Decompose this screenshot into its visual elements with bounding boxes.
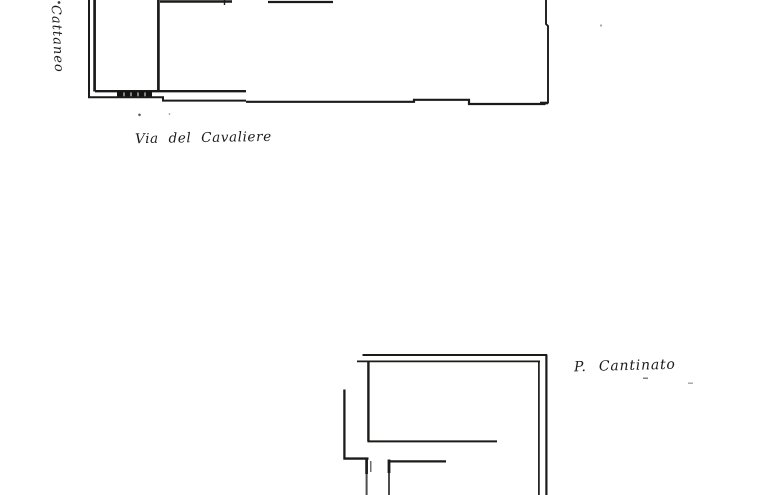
ink-speck: [138, 114, 141, 117]
upper-floor-plan: [88, 0, 548, 104]
scan-specks: [58, 1, 693, 384]
ink-speck: [600, 24, 602, 26]
ink-speck: [58, 1, 61, 4]
upper-bottom-wall-outer-left: [88, 97, 246, 100]
upper-right-wall: [546, 0, 548, 104]
floor-plan-drawing: [0, 0, 780, 495]
ink-speck: [169, 113, 171, 115]
floor-label-piano-cantinato: P. Cantinato: [574, 357, 676, 376]
scanned-plan-page: Cattaneo Via del Cavaliere P. Cantinato: [0, 0, 780, 495]
ink-dash: [688, 383, 693, 384]
ink-dash: [643, 378, 648, 380]
lower-floor-plan: [344, 355, 548, 495]
street-label-via-del-cavaliere: Via del Cavaliere: [135, 129, 272, 147]
upper-bottom-wall-outer-right: [246, 100, 546, 104]
